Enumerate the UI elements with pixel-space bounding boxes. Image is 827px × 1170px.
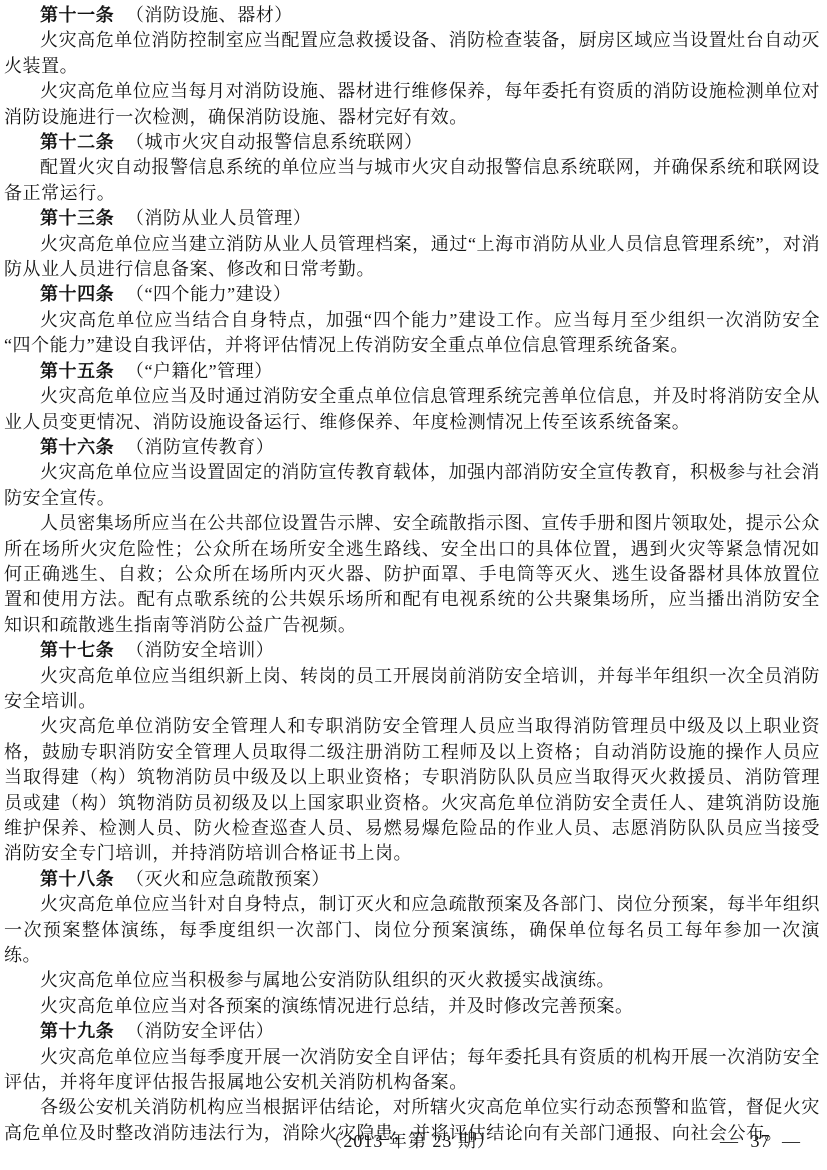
article-paragraph: 火灾高危单位应当积极参与属地公安消防队组织的灭火救援实战演练。 xyxy=(4,968,820,993)
article-title: （消防从业人员管理） xyxy=(126,208,312,228)
page-footer: （2013 年第 23 期） — 37 — xyxy=(0,1128,827,1154)
article-heading: 第十四条（“四个能力”建设） xyxy=(4,282,820,307)
issue-label: （2013 年第 23 期） xyxy=(324,1128,496,1154)
article-paragraph: 火灾高危单位应当及时通过消防安全重点单位信息管理系统完善单位信息，并及时将消防安… xyxy=(4,384,820,435)
article-heading: 第十九条（消防安全评估） xyxy=(4,1019,820,1044)
article-section: 第十三条（消防从业人员管理） 火灾高危单位应当建立消防从业人员管理档案，通过“上… xyxy=(4,206,820,282)
article-section: 第十四条（“四个能力”建设） 火灾高危单位应当结合自身特点，加强“四个能力”建设… xyxy=(4,282,820,358)
article-section: 第十六条（消防宣传教育） 火灾高危单位应当设置固定的消防宣传教育载体，加强内部消… xyxy=(4,435,820,638)
article-title: （“四个能力”建设） xyxy=(126,284,291,304)
article-title: （“户籍化”管理） xyxy=(126,361,273,381)
article-paragraph: 火灾高危单位应当每季度开展一次消防安全自评估；每年委托具有资质的机构开展一次消防… xyxy=(4,1045,820,1096)
article-heading: 第十三条（消防从业人员管理） xyxy=(4,206,820,231)
document-content: 第十一条（消防设施、器材） 火灾高危单位消防控制室应当配置应急救援设备、消防检查… xyxy=(4,3,820,1146)
article-title: （灭火和应急疏散预案） xyxy=(126,869,330,889)
article-section: 第十二条（城市火灾自动报警信息系统联网） 配置火灾自动报警信息系统的单位应当与城… xyxy=(4,130,820,206)
article-heading: 第十一条（消防设施、器材） xyxy=(4,3,820,28)
article-section: 第十一条（消防设施、器材） 火灾高危单位消防控制室应当配置应急救援设备、消防检查… xyxy=(4,3,820,130)
article-number: 第十八条 xyxy=(40,869,114,889)
article-heading: 第十六条（消防宣传教育） xyxy=(4,435,820,460)
article-paragraph: 火灾高危单位应当建立消防从业人员管理档案，通过“上海市消防从业人员信息管理系统”… xyxy=(4,232,820,283)
article-number: 第十九条 xyxy=(40,1021,114,1041)
article-heading: 第十八条（灭火和应急疏散预案） xyxy=(4,867,820,892)
article-number: 第十七条 xyxy=(40,640,114,660)
page-number: — 37 — xyxy=(720,1128,801,1154)
article-heading: 第十七条（消防安全培训） xyxy=(4,638,820,663)
article-number: 第十六条 xyxy=(40,437,114,457)
article-paragraph: 火灾高危单位应当针对自身特点，制订灭火和应急疏散预案及各部门、岗位分预案，每半年… xyxy=(4,892,820,968)
article-title: （城市火灾自动报警信息系统联网） xyxy=(126,132,423,152)
article-section: 第十七条（消防安全培训） 火灾高危单位应当组织新上岗、转岗的员工开展岗前消防安全… xyxy=(4,638,820,867)
article-number: 第十四条 xyxy=(40,284,114,304)
article-number: 第十二条 xyxy=(40,132,114,152)
article-section: 第十五条（“户籍化”管理） 火灾高危单位应当及时通过消防安全重点单位信息管理系统… xyxy=(4,359,820,435)
article-title: （消防安全评估） xyxy=(126,1021,274,1041)
article-paragraph: 火灾高危单位应当每月对消防设施、器材进行维修保养，每年委托有资质的消防设施检测单… xyxy=(4,79,820,130)
article-paragraph: 人员密集场所应当在公共部位设置告示牌、安全疏散指示图、宣传手册和图片领取处，提示… xyxy=(4,511,820,638)
article-paragraph: 火灾高危单位应当组织新上岗、转岗的员工开展岗前消防安全培训，并每半年组织一次全员… xyxy=(4,664,820,715)
article-number: 第十五条 xyxy=(40,361,114,381)
article-heading: 第十五条（“户籍化”管理） xyxy=(4,359,820,384)
article-section: 第十八条（灭火和应急疏散预案） 火灾高危单位应当针对自身特点，制订灭火和应急疏散… xyxy=(4,867,820,1019)
article-paragraph: 火灾高危单位应当设置固定的消防宣传教育载体，加强内部消防安全宣传教育，积极参与社… xyxy=(4,460,820,511)
article-paragraph: 火灾高危单位消防安全管理人和专职消防安全管理人员应当取得消防管理员中级及以上职业… xyxy=(4,714,820,866)
document-page: 第十一条（消防设施、器材） 火灾高危单位消防控制室应当配置应急救援设备、消防检查… xyxy=(0,0,827,1170)
article-number: 第十三条 xyxy=(40,208,114,228)
article-title: （消防安全培训） xyxy=(126,640,274,660)
article-title: （消防设施、器材） xyxy=(126,5,293,25)
article-heading: 第十二条（城市火灾自动报警信息系统联网） xyxy=(4,130,820,155)
article-paragraph: 火灾高危单位消防控制室应当配置应急救援设备、消防检查装备，厨房区域应当设置灶台自… xyxy=(4,28,820,79)
article-number: 第十一条 xyxy=(40,5,114,25)
article-paragraph: 配置火灾自动报警信息系统的单位应当与城市火灾自动报警信息系统联网，并确保系统和联… xyxy=(4,155,820,206)
article-paragraph: 火灾高危单位应当对各预案的演练情况进行总结，并及时修改完善预案。 xyxy=(4,994,820,1019)
article-paragraph: 火灾高危单位应当结合自身特点，加强“四个能力”建设工作。应当每月至少组织一次消防… xyxy=(4,308,820,359)
article-title: （消防宣传教育） xyxy=(126,437,274,457)
